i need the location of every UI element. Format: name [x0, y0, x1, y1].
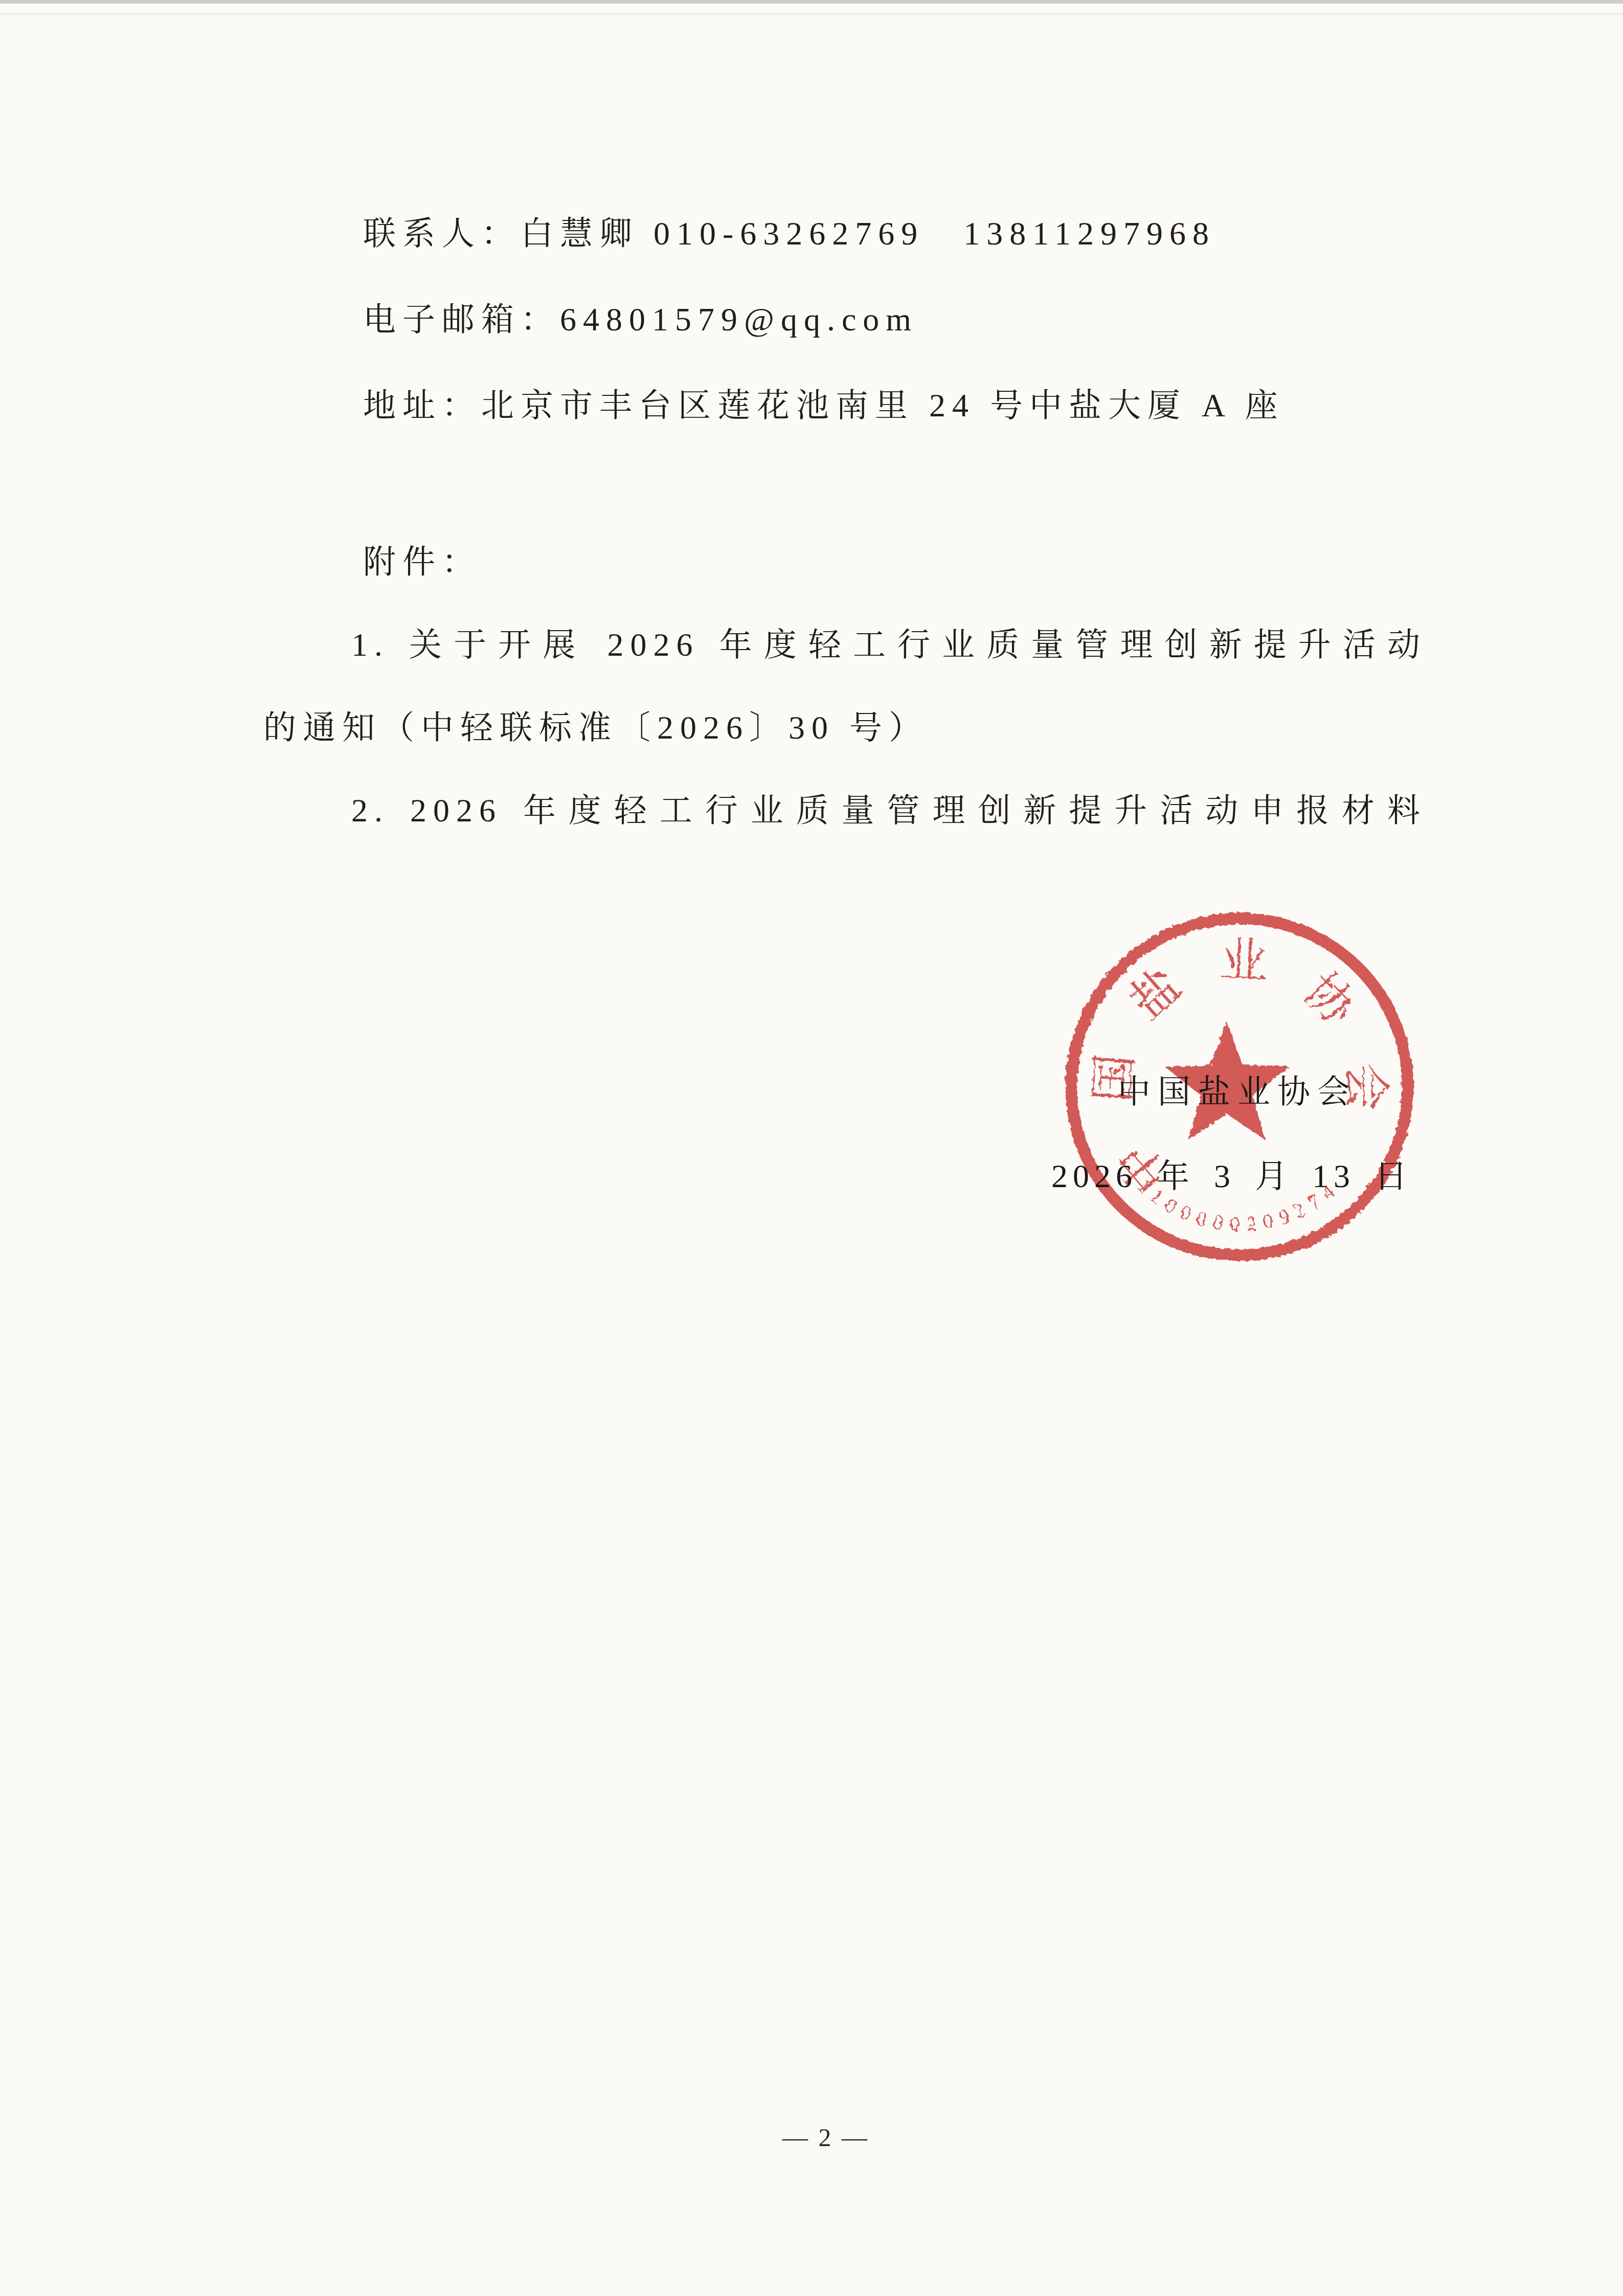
contact-email-line: 电子邮箱：64801579@qq.com — [263, 277, 1427, 363]
signature-org-name: 中国盐业协会 — [1118, 1065, 1357, 1112]
seal-code-digit: 0 — [1211, 1210, 1225, 1235]
signature-date: 2026 年 3 月 13 日 — [1051, 1150, 1412, 1197]
seal-code-digit: 9 — [1276, 1204, 1293, 1229]
seal-ring-char: 盐 — [1120, 958, 1191, 1030]
seal-code-digit: 0 — [1193, 1206, 1210, 1231]
seal-code-digit: 2 — [1290, 1197, 1310, 1222]
attachments-block: 附件： 1. 关于开展 2026 年度轻工行业质量管理创新提升活动 的通知（中轻… — [263, 521, 1427, 852]
seal-code-digit: 0 — [1177, 1200, 1195, 1225]
contact-address-line: 地址：北京市丰台区莲花池南里 24 号中盐大厦 A 座 — [263, 363, 1427, 449]
scan-edge-artifact — [0, 0, 1623, 4]
seal-code-digit: 0 — [1260, 1209, 1275, 1233]
attachment-item-2: 2. 2026 年度轻工行业质量管理创新提升活动申报材料 — [263, 769, 1427, 852]
contact-person-line: 联系人：白慧卿 010-63262769 13811297968 — [263, 191, 1427, 277]
seal-code-digit: 0 — [1229, 1212, 1241, 1236]
seal-ring-char: 协 — [1294, 964, 1366, 1037]
attachment-item-1-line-2: 的通知（中轻联标准〔2026〕30 号） — [263, 686, 1427, 769]
attachments-label: 附件： — [263, 521, 1427, 604]
contact-block: 联系人：白慧卿 010-63262769 13811297968 电子邮箱：64… — [263, 191, 1427, 449]
page-number: — 2 — — [741, 2123, 910, 2152]
attachment-item-1-line-1: 1. 关于开展 2026 年度轻工行业质量管理创新提升活动 — [263, 604, 1427, 686]
document-page: 联系人：白慧卿 010-63262769 13811297968 电子邮箱：64… — [0, 0, 1623, 2296]
scan-edge-artifact-faint — [0, 13, 1623, 15]
seal-code-digit: 2 — [1245, 1212, 1257, 1236]
seal-ring-char: 业 — [1219, 934, 1269, 989]
